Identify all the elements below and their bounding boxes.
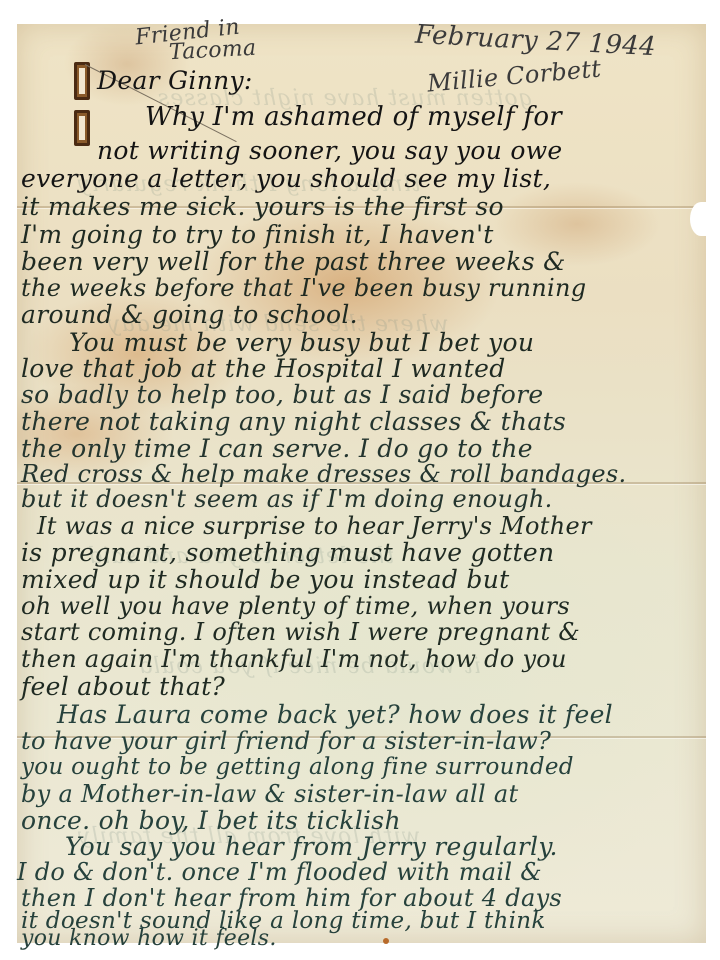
letter-line: by a Mother-in-law & sister-in-law all a… [21,780,518,808]
letter-line: you know how it feels. [21,926,277,951]
letter-line: I'm going to try to finish it, I haven't [21,220,494,249]
letter-line: Red cross & help make dresses & roll ban… [21,460,626,488]
binder-hole [74,110,90,146]
letter-line: then again I'm thankful I'm not, how do … [21,645,567,673]
stain-spot [383,938,389,944]
letter-line: been very well for the past three weeks … [21,247,566,276]
letter-line: to have your girl friend for a sister-in… [21,727,551,755]
letter-line: I do & don't. once I'm flooded with mail… [17,858,542,886]
letter-line: feel about that? [21,672,225,701]
letter-line: oh well you have plenty of time, when yo… [21,592,570,620]
letter-line: mixed up it should be you instead but [21,565,509,594]
torn-edge [690,202,712,236]
letter-line: you ought to be getting along fine surro… [21,754,574,780]
letter-line: but it doesn't seem as if I'm doing enou… [21,485,553,513]
letter-line: so badly to help too, but as I said befo… [21,380,543,409]
letter-line: is pregnant, something must have gotten [21,538,554,567]
letter-line: love that job at the Hospital I wanted [21,354,506,383]
annotation-tacoma: Tacoma [168,36,257,66]
letter-page: gotten must have night classes time a lo… [17,24,706,943]
letter-line: once. oh boy, I bet its ticklish [21,806,401,835]
letter-line: You say you hear from Jerry regularly. [65,832,558,861]
binder-hole [74,62,90,100]
letter-line: Why I'm ashamed of myself for [145,102,562,132]
letter-line: the only time I can serve. I do go to th… [21,434,533,463]
letter-line: start coming. I often wish I were pregna… [21,618,580,646]
letter-line: the weeks before that I've been busy run… [21,274,586,302]
letter-line: there not taking any night classes & tha… [21,407,566,436]
letter-line: everyone a letter, you should see my lis… [21,164,551,193]
letter-line: It was a nice surprise to hear Jerry's M… [37,512,592,540]
letter-line: not writing sooner, you say you owe [97,136,563,165]
letter-line: it makes me sick. yours is the first so [21,192,504,221]
salutation: Dear Ginny: [97,66,253,95]
letter-line: Has Laura come back yet? how does it fee… [57,700,613,729]
letter-line: You must be very busy but I bet you [69,328,534,357]
letter-line: around & going to school. [21,300,358,329]
letter-date: February 27 1944 [414,20,656,63]
